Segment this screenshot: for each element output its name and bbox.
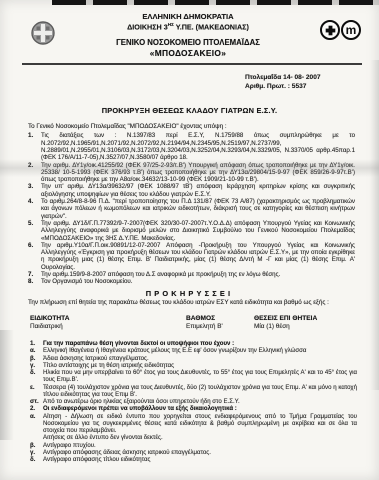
item-text: Αίτηση - Δήλωση σε ειδικό έντυπο που χορ…: [43, 413, 357, 435]
item-text: Οι ενδιαφερόμενοι πρέπει να υποβάλλουν τ…: [43, 405, 357, 412]
requirement-item: Αιτήσεις σε άλλο έντυπο δεν γίνονται δεκ…: [30, 434, 357, 441]
item-marker: δ.: [30, 456, 43, 463]
consideration-item: 6. Την αριθμ.Υ10α/Γ.Π.οικ.90891/12-07-20…: [28, 242, 355, 271]
place-date: Πτολεμαΐδα 14- 08- 2007: [245, 73, 331, 82]
greek-coat-of-arms-icon: [30, 20, 56, 46]
positions-table: ΕΙΔΙΚΟΤΗΤΑ ΒΑΘΜΟΣ ΘΕΣΕΙΣ ΕΠΙ ΘΗΤΕΙΑ Παιδ…: [30, 315, 355, 331]
item-number: 5.: [28, 220, 41, 242]
consideration-item: 3. Την υπ' αριθμ. ΔΥ13α/39632/97 (ΦΕΚ 10…: [28, 183, 355, 198]
item-text: Την αριθμ.Υ10α/Γ.Π.οικ.90891/12-07-2007 …: [41, 242, 355, 271]
item-number: 8.: [28, 278, 41, 285]
item-number: 1.: [28, 132, 41, 161]
item-text: Άδεια άσκησης Ιατρικού επαγγέλματος.: [43, 355, 357, 362]
item-text: Ελληνική Ιθαγένεια ή Ιθαγένεια κράτους μ…: [43, 347, 357, 354]
medical-cross-icon: [320, 20, 340, 40]
item-text: Αντίγραφο απόφασης τίτλου ειδικότητας: [43, 456, 357, 463]
requirement-item: β. Αντίγραφο πτυχίου.: [30, 442, 357, 449]
document-header: ΕΛΛΗΝΙΚΗ ΔΗΜΟΚΡΑΤΙΑ ΔΙΟΙΚΗΣΗ 3ΗΣ Υ.ΠΕ. (…: [0, 0, 379, 58]
item-marker: 2.: [30, 405, 43, 412]
column-header-grade: ΒΑΘΜΟΣ: [186, 315, 254, 323]
scanned-document-page: ΕΛΛΗΝΙΚΗ ΔΗΜΟΚΡΑΤΙΑ ΔΙΟΙΚΗΣΗ 3ΗΣ Υ.ΠΕ. (…: [0, 0, 379, 480]
administration-line-pre: ΔΙΟΙΚΗΣΗ 3: [127, 22, 168, 31]
document-title: ΠΡΟΚΗΡΥΞΗ ΘΕΣΕΩΣ ΚΛΑΔΟΥ ΓΙΑΤΡΩΝ Ε.Σ.Υ.: [0, 106, 379, 115]
item-marker: γ.: [30, 449, 43, 456]
requirement-item: στ. Από το ανωτέρω όριο ηλικίας εξαιρούν…: [30, 398, 357, 405]
intro-paragraph: Το Γενικό Νοσοκομείο Πτολεμαΐδας "ΜΠΟΔΟΣ…: [28, 123, 353, 130]
item-text: Τον Οργανισμό του Νοσοκομείου.: [41, 278, 355, 285]
cell-positions: Μία (1) θέση: [254, 323, 355, 331]
requirement-item: ε. Τέσσερα (4) τουλάχιστον χρόνια για το…: [30, 384, 357, 399]
item-text: Αιτήσεις σε άλλο έντυπο δεν γίνονται δεκ…: [43, 434, 357, 441]
item-text: Την υπ' αριθμ. ΔΥ13α/39632/97 (ΦΕΚ 1088/…: [41, 183, 355, 198]
item-text: Από το ανωτέρω όριο ηλικίας εξαιρούνται …: [43, 398, 357, 405]
item-number: 2.: [28, 162, 41, 184]
hospital-name: ΓΕΝΙΚΟ ΝΟΣΟΚΟΜΕΙΟ ΠΤΟΛΕΜΑΪΔΑΣ: [60, 38, 316, 47]
consideration-item: 8. Τον Οργανισμό του Νοσοκομείου.: [28, 278, 355, 285]
hospital-logo: m: [320, 20, 361, 40]
consideration-item: 1. Τις διατάξεις των : Ν.1397/83 περί Ε.…: [28, 132, 355, 161]
item-number: 4.: [28, 198, 41, 220]
announce-heading: ΠΡΟΚΗΡΥΣΣΕΙ: [0, 289, 379, 298]
item-marker: 1.: [30, 340, 43, 347]
column-header-positions: ΘΕΣΕΙΣ ΕΠΙ ΘΗΤΕΙΑ: [254, 315, 355, 323]
item-text: Αντίγραφο πτυχίου.: [43, 442, 357, 449]
administration-line: ΔΙΟΙΚΗΣΗ 3ΗΣ Υ.ΠΕ. (ΜΑΚΕΔΟΝΙΑΣ): [60, 22, 316, 31]
cell-grade: Επιμελητή Β': [186, 323, 254, 331]
item-marker: στ.: [30, 398, 43, 405]
item-marker: ε.: [30, 384, 43, 399]
header-text-block: ΕΛΛΗΝΙΚΗ ΔΗΜΟΚΡΑΤΙΑ ΔΙΟΙΚΗΣΗ 3ΗΣ Υ.ΠΕ. (…: [56, 12, 320, 58]
item-text: Τέσσερα (4) τουλάχιστον χρόνια για τους …: [43, 384, 357, 399]
item-marker: α.: [30, 347, 43, 354]
item-marker: γ.: [30, 362, 43, 369]
protocol-number: Αριθμ. Πρωτ. : 5537: [245, 82, 331, 91]
column-header-specialty: ΕΙΔΙΚΟΤΗΤΑ: [30, 315, 186, 323]
republic-title: ΕΛΛΗΝΙΚΗ ΔΗΜΟΚΡΑΤΙΑ: [60, 12, 316, 21]
item-marker: [30, 434, 43, 441]
item-text: Την αριθμ. ΔΥ1δ/Γ.Π.77392/9-7-2007(ΦΕΚ 3…: [41, 220, 355, 242]
item-text: Τις διατάξεις των : Ν.1397/83 περί Ε.Σ.Υ…: [41, 132, 355, 161]
announce-paragraph: Την πλήρωση επί θητεία της παρακάτω θέσε…: [28, 299, 353, 307]
consideration-item: 5. Την αριθμ. ΔΥ1δ/Γ.Π.77392/9-7-2007(ΦΕ…: [28, 220, 355, 242]
cell-specialty: Παιδιατρική: [30, 323, 186, 331]
logo-letter: m: [346, 24, 357, 36]
item-marker: β.: [30, 355, 43, 362]
requirement-item: α. Ελληνική Ιθαγένεια ή Ιθαγένεια κράτου…: [30, 347, 357, 354]
item-text: Την αριθμ. ΔΥ1γ/οικ.41255/92 (ΦΕΚ 97/25-…: [41, 162, 355, 184]
requirement-item: β. Άδεια άσκησης Ιατρικού επαγγέλματος.: [30, 355, 357, 362]
consideration-item: 4. Το αριθμ.264/8-8-96 Π.Δ. "περί τροποπ…: [28, 198, 355, 220]
requirement-item: α. Αίτηση - Δήλωση σε ειδικό έντυπο που …: [30, 413, 357, 435]
item-number: 7.: [28, 271, 41, 278]
letter-m-icon: m: [341, 20, 361, 40]
requirement-item: 2. Οι ενδιαφερόμενοι πρέπει να υποβάλλου…: [30, 405, 357, 412]
item-marker: β.: [30, 442, 43, 449]
hospital-brand-name: «ΜΠΟΔΟΣΑΚΕΙΟ»: [60, 48, 316, 58]
item-marker: α.: [30, 413, 43, 435]
header-divider: [22, 63, 362, 65]
considerations-list: 1. Τις διατάξεις των : Ν.1397/83 περί Ε.…: [28, 132, 355, 285]
administration-line-post: Υ.ΠΕ. (ΜΑΚΕΔΟΝΙΑΣ): [174, 22, 249, 31]
consideration-item: 2. Την αριθμ. ΔΥ1γ/οικ.41255/92 (ΦΕΚ 97/…: [28, 162, 355, 184]
scan-artifact-top: [52, 0, 379, 5]
meta-block: Πτολεμαΐδα 14- 08- 2007 Αριθμ. Πρωτ. : 5…: [0, 73, 331, 91]
item-number: 3.: [28, 183, 41, 198]
requirement-item: δ. Αντίγραφο απόφασης τίτλου ειδικότητας: [30, 456, 357, 463]
requirements-list: 1. Για την παραπάνω θέση γίνονται δεκτοί…: [30, 340, 357, 463]
item-marker: δ.: [30, 369, 43, 384]
item-text: Το αριθμ.264/8-8-96 Π.Δ. "περί τροποποίη…: [41, 198, 355, 220]
item-text: Ηλικία που να μην υπερβαίνει το 60° έτος…: [43, 369, 357, 384]
scan-streak: [0, 330, 14, 440]
item-number: 6.: [28, 242, 41, 271]
requirement-item: δ. Ηλικία που να μην υπερβαίνει το 60° έ…: [30, 369, 357, 384]
